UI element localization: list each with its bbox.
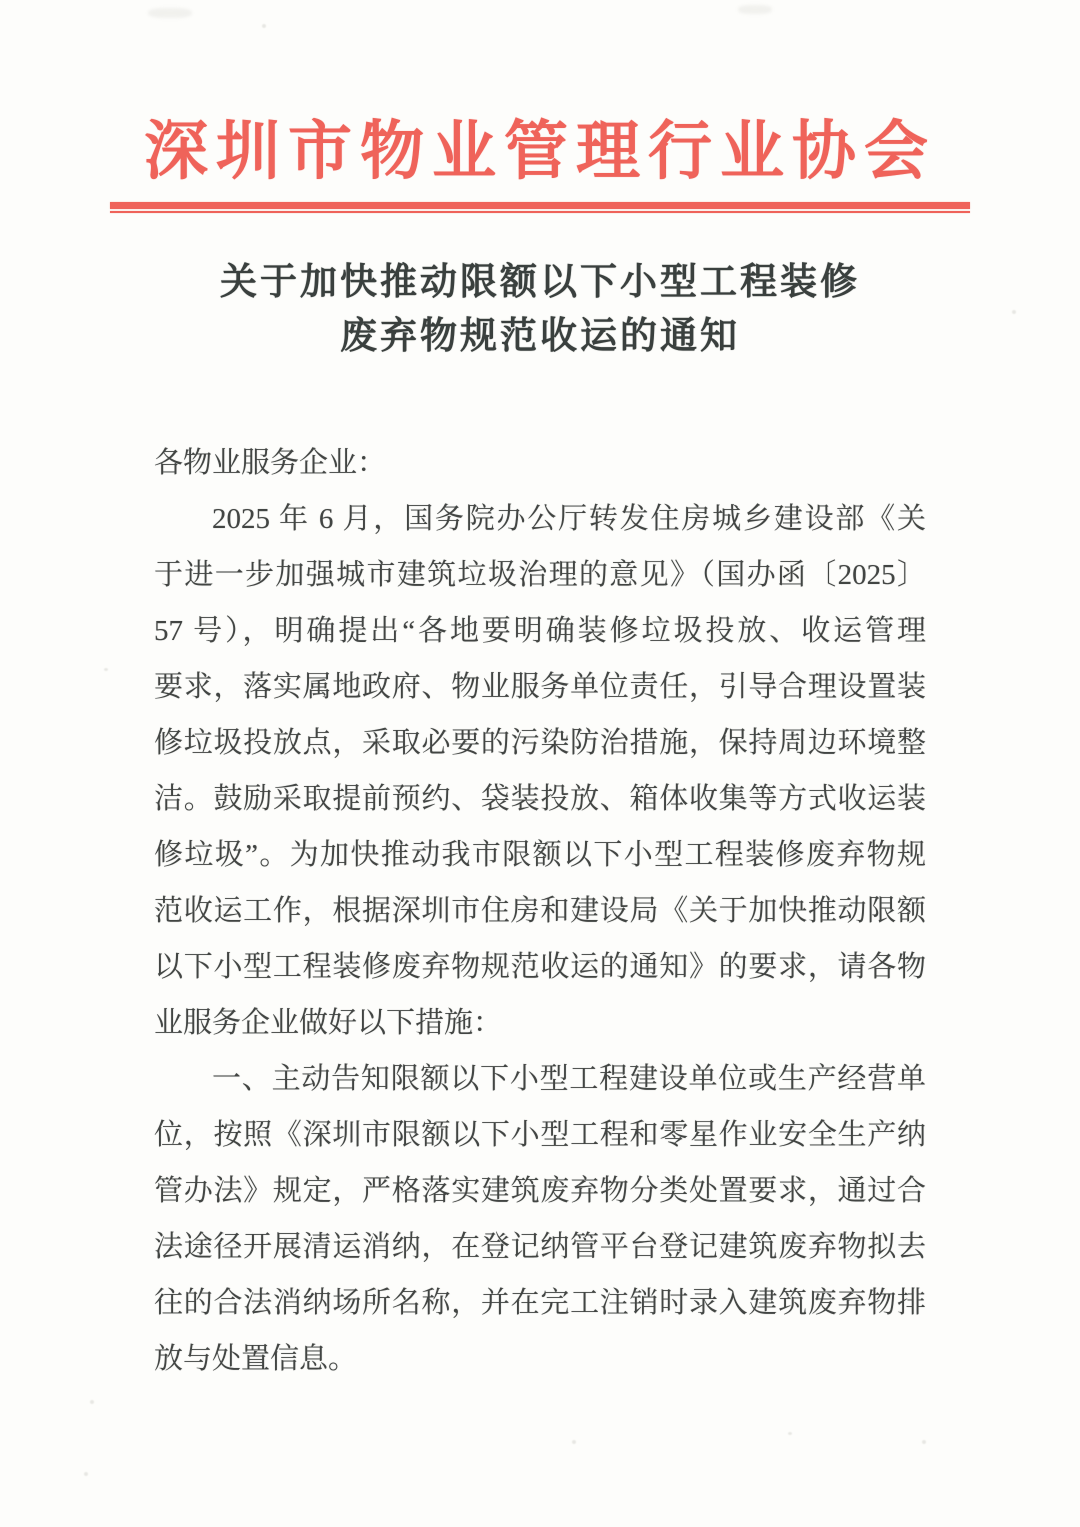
body-text-line: 2025 年 6 月，国务院办公厅转发住房城乡建设部《关	[154, 491, 926, 547]
scan-speckle	[572, 1440, 576, 1444]
document-page: 深圳市物业管理行业协会 关于加快推动限额以下小型工程装修废弃物规范收运的通知 各…	[0, 0, 1080, 1527]
title-line-1: 关于加快推动限额以下小型工程装修	[220, 261, 860, 302]
body-text-line: 一、主动告知限额以下小型工程建设单位或生产经营单	[154, 1051, 926, 1107]
body-text-line: 管办法》规定，严格落实建筑废弃物分类处置要求，通过合	[154, 1163, 926, 1219]
body-text-line: 于进一步加强城市建筑垃圾治理的意见》（国办函〔2025〕	[154, 547, 926, 603]
body-text-line: 57 号），明确提出“各地要明确装修垃圾投放、收运管理	[154, 603, 926, 659]
body-text-line: 要求，落实属地政府、物业服务单位责任，引导合理设置装	[154, 659, 926, 715]
scan-speckle	[84, 1472, 88, 1476]
body-text-line: 业服务企业做好以下措施：	[154, 995, 926, 1051]
body-text-line: 修垃圾”。为加快推动我市限额以下小型工程装修废弃物规	[154, 827, 926, 883]
document-title: 关于加快推动限额以下小型工程装修废弃物规范收运的通知	[0, 255, 1080, 363]
title-line-2: 废弃物规范收运的通知	[340, 315, 740, 356]
scan-smudge	[148, 8, 192, 18]
letterhead-org-name: 深圳市物业管理行业协会	[0, 116, 1080, 188]
body-text-line: 位，按照《深圳市限额以下小型工程和零星作业安全生产纳	[154, 1107, 926, 1163]
body-text-line: 洁。鼓励采取提前预约、袋装投放、箱体收集等方式收运装	[154, 771, 926, 827]
document-body: 各物业服务企业：2025 年 6 月，国务院办公厅转发住房城乡建设部《关于进一步…	[154, 435, 926, 1387]
scan-speckle	[922, 1440, 926, 1444]
separator-thick-rule	[110, 202, 970, 209]
body-text-line: 法途径开展清运消纳，在登记纳管平台登记建筑废弃物拟去	[154, 1219, 926, 1275]
body-text-line: 各物业服务企业：	[154, 435, 926, 491]
body-text-line: 范收运工作，根据深圳市住房和建设局《关于加快推动限额	[154, 883, 926, 939]
body-text-line: 放与处置信息。	[154, 1331, 926, 1387]
scan-speckle	[262, 24, 266, 28]
scan-speckle	[90, 1400, 94, 1404]
scan-speckle	[788, 1432, 792, 1435]
letterhead-separator	[110, 202, 970, 213]
body-text-line: 以下小型工程装修废弃物规范收运的通知》的要求，请各物	[154, 939, 926, 995]
separator-thin-rule	[110, 211, 970, 213]
scan-speckle	[1012, 310, 1016, 314]
scan-smudge	[738, 5, 772, 14]
body-text-line: 修垃圾投放点，采取必要的污染防治措施，保持周边环境整	[154, 715, 926, 771]
scan-speckle	[104, 668, 108, 671]
body-text-line: 往的合法消纳场所名称，并在完工注销时录入建筑废弃物排	[154, 1275, 926, 1331]
